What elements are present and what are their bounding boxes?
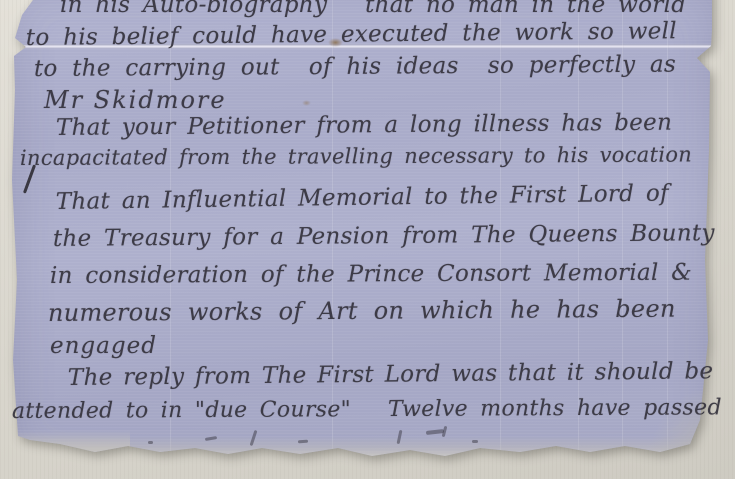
manuscript-line: That an Influential Memorial to the Firs… bbox=[56, 180, 669, 215]
handwriting-layer: in his Auto-biography that no man in the… bbox=[0, 0, 735, 479]
manuscript-line: engaged bbox=[50, 333, 157, 359]
ink-fragment bbox=[472, 440, 478, 443]
ink-fragment bbox=[298, 440, 308, 444]
ink-fragment bbox=[148, 441, 153, 444]
ink-fragment bbox=[250, 430, 258, 446]
manuscript-line: in consideration of the Prince Consort M… bbox=[50, 260, 692, 289]
manuscript-line: That your Petitioner from a long illness… bbox=[56, 110, 672, 141]
manuscript-line: to the carrying out of his ideas so perf… bbox=[34, 52, 676, 82]
manuscript-line: to his belief could have executed the wo… bbox=[26, 18, 677, 51]
manuscript-line: incapacitated from the travelling necess… bbox=[20, 142, 692, 170]
manuscript-line: The reply from The First Lord was that i… bbox=[68, 358, 714, 391]
manuscript-line: Mr Skidmore bbox=[44, 86, 227, 114]
manuscript-line: attended to in "due Course" Twelve month… bbox=[12, 395, 722, 424]
ink-fragment bbox=[442, 426, 448, 437]
manuscript-line: numerous works of Art on which he has be… bbox=[48, 295, 676, 327]
manuscript-line: in his Auto-biography that no man in the… bbox=[60, 0, 686, 18]
ink-fragment bbox=[397, 430, 403, 444]
manuscript-line: the Treasury for a Pension from The Quee… bbox=[53, 220, 715, 252]
ink-fragment bbox=[205, 436, 217, 441]
photo-backdrop: in his Auto-biography that no man in the… bbox=[0, 0, 735, 479]
